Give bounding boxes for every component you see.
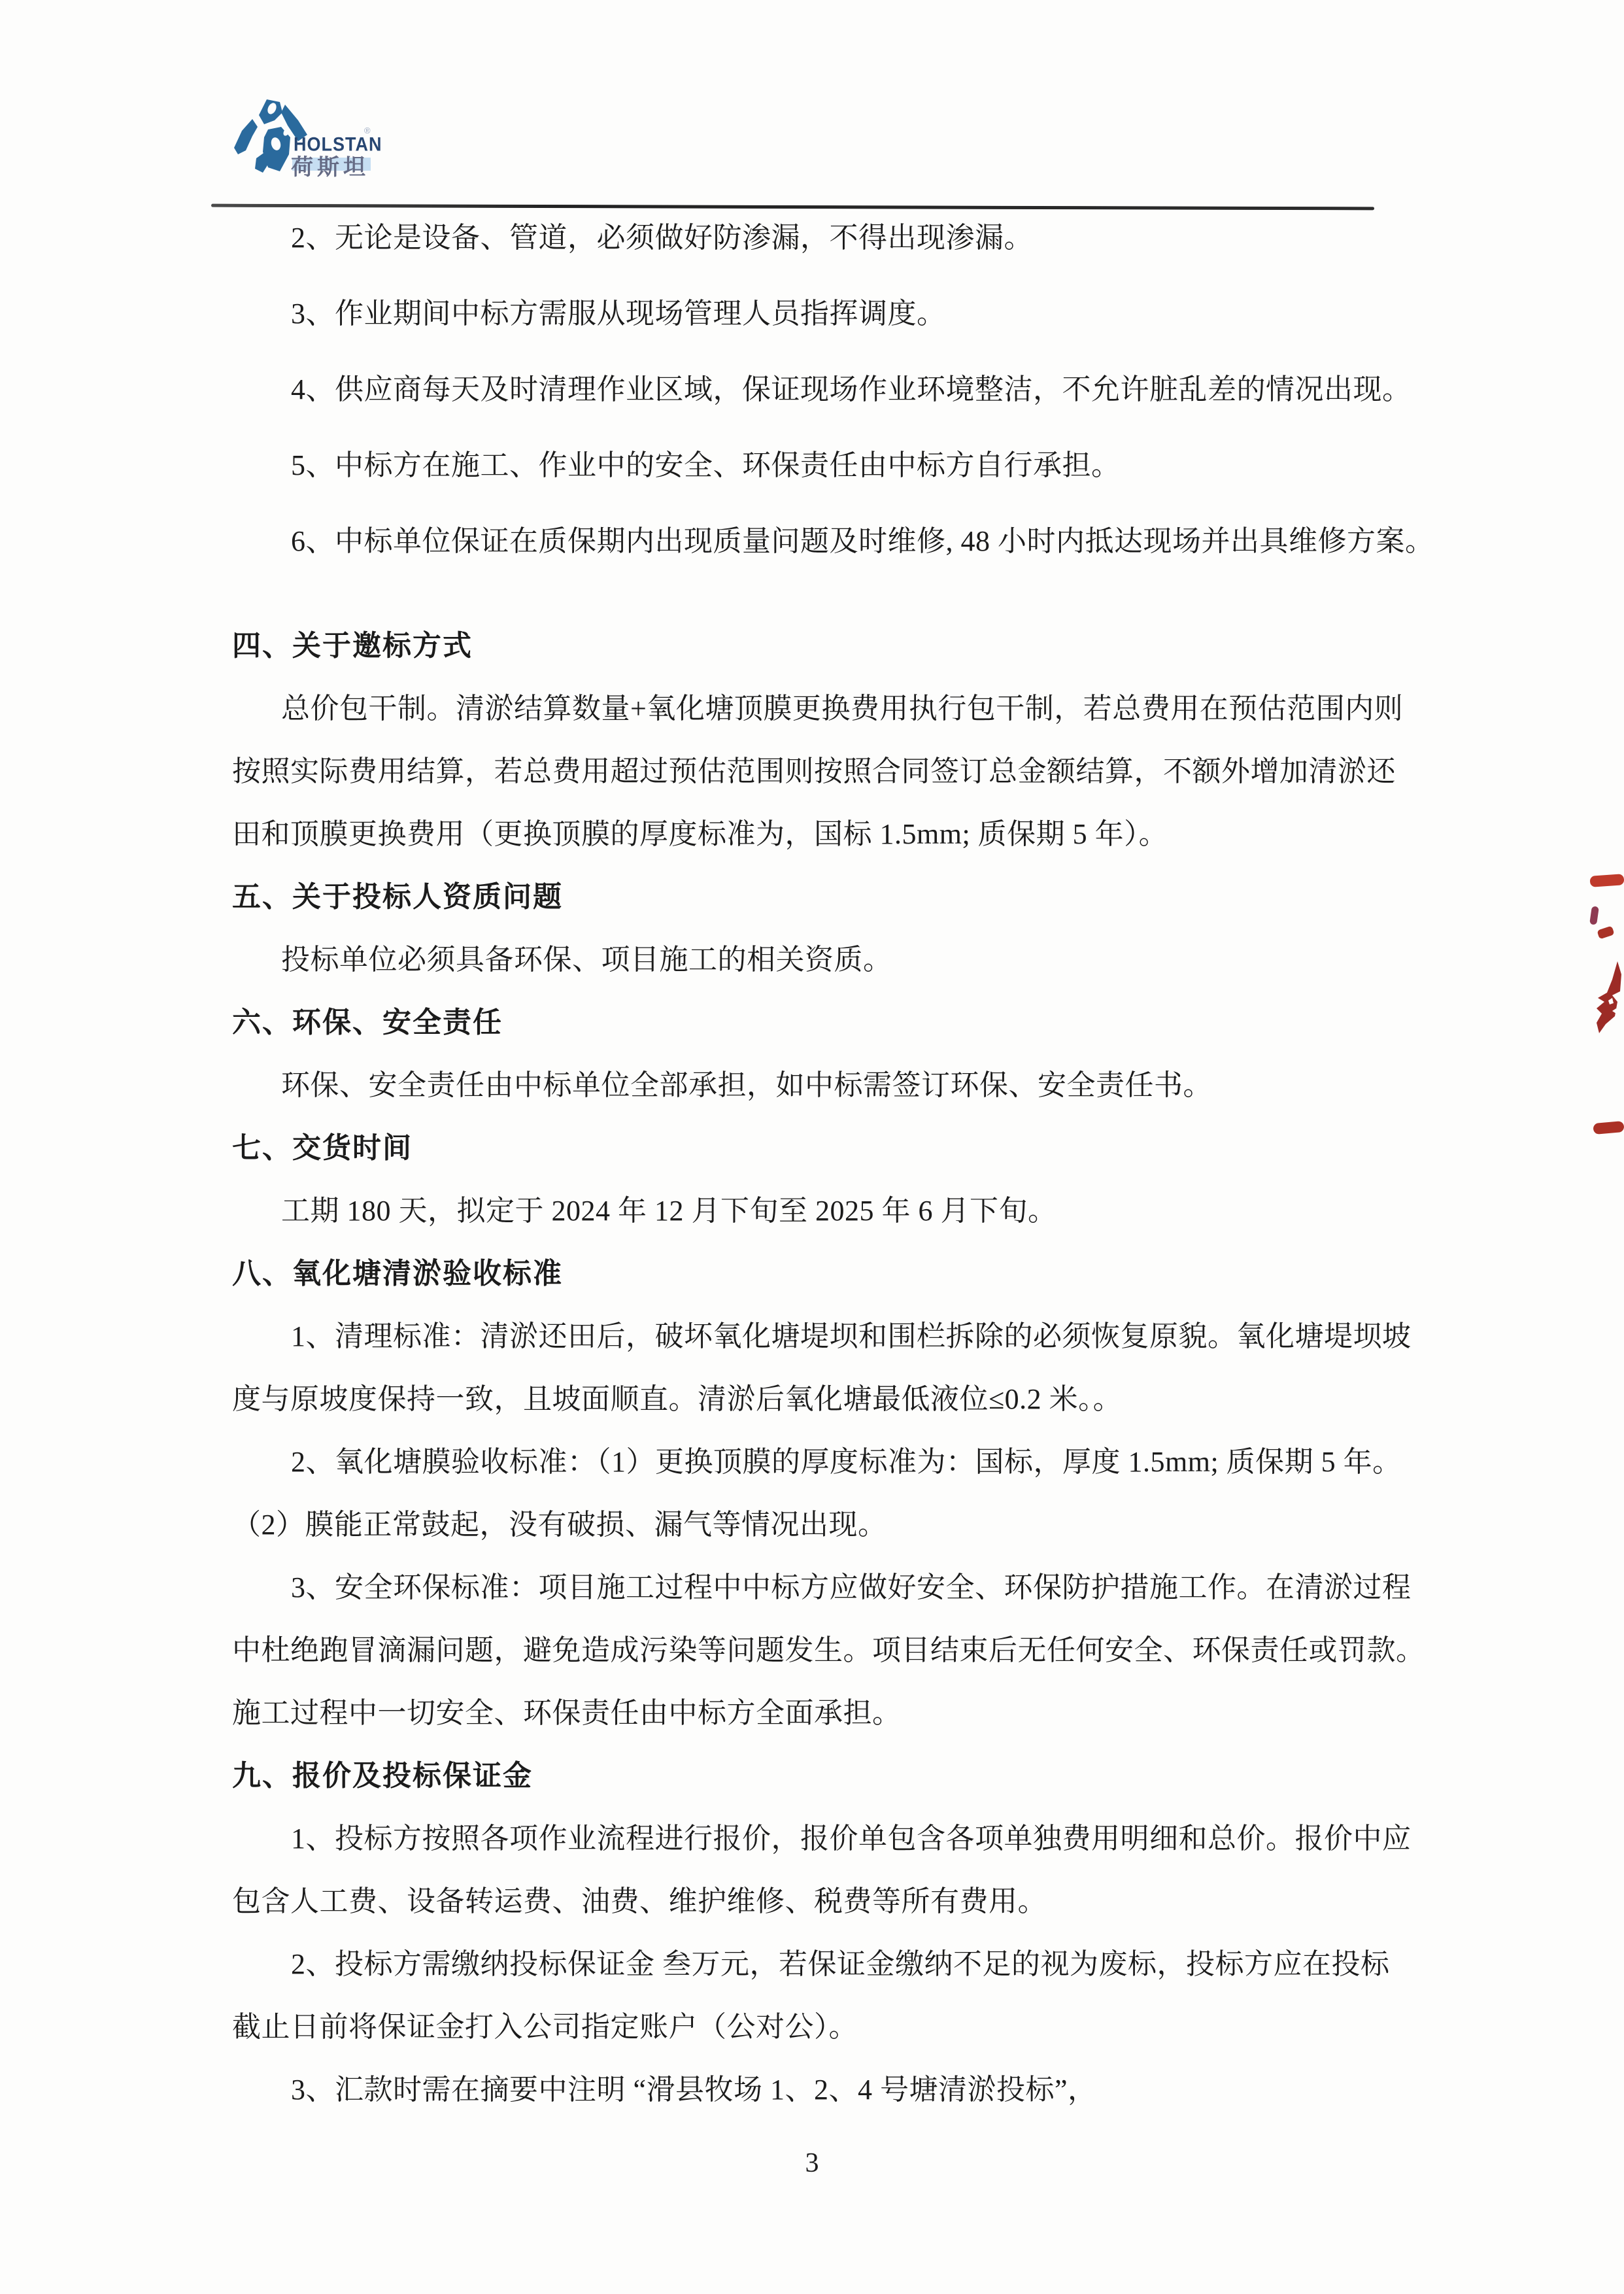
document-line: 2、氧化塘膜验收标准：（1）更换顶膜的厚度标准为：国标，厚度 1.5mm; 质保…: [232, 1446, 1400, 1509]
document-line: 6、中标单位保证在质保期内出现质量问题及时维修, 48 小时内抵达现场并出具维修…: [232, 525, 1400, 601]
section-heading: 五、关于投标人资质问题: [232, 881, 1400, 944]
document-line: 中杜绝跑冒滴漏问题，避免造成污染等问题发生。项目结束后无任何安全、环保责任或罚款…: [232, 1634, 1400, 1697]
section-heading: 四、关于邀标方式: [232, 630, 1400, 693]
section-heading: 七、交货时间: [232, 1132, 1400, 1195]
document-line: 投标单位必须具备环保、项目施工的相关资质。: [232, 944, 1400, 1006]
document-line: 工期 180 天，拟定于 2024 年 12 月下旬至 2025 年 6 月下旬…: [232, 1195, 1400, 1258]
section-heading: 九、报价及投标保证金: [232, 1760, 1400, 1823]
document-line: 3、安全环保标准：项目施工过程中中标方应做好安全、环保防护措施工作。在清淤过程: [232, 1571, 1400, 1634]
document-line: 3、汇款时需在摘要中注明 “滑县牧场 1、2、4 号塘清淤投标”，: [232, 2074, 1400, 2136]
document-line: 2、投标方需缴纳投标保证金 叁万元，若保证金缴纳不足的视为废标，投标方应在投标: [232, 1948, 1400, 2011]
document-line: 5、中标方在施工、作业中的安全、环保责任由中标方自行承担。: [232, 449, 1400, 525]
document-body: 2、无论是设备、管道，必须做好防渗漏，不得出现渗漏。3、作业期间中标方需服从现场…: [232, 222, 1400, 2136]
document-line: 截止日前将保证金打入公司指定账户（公对公）。: [232, 2011, 1400, 2074]
document-line: 按照实际费用结算，若总费用超过预估范围则按照合同签订总金额结算，不额外增加清淤还: [232, 755, 1400, 818]
header-divider-line: [211, 204, 1374, 211]
scanned-document-page: HOLSTAN ® 荷斯坦 2、无论是设备、管道，必须做好防渗漏，不得出现渗漏。…: [0, 0, 1624, 2294]
document-line: 包含人工费、设备转运费、油费、维护维修、税费等所有费用。: [232, 1885, 1400, 1948]
red-stamp-fragment-icon: [1593, 960, 1624, 1045]
document-line: 1、清理标准：清淤还田后，破坏氧化塘堤坝和围栏拆除的必须恢复原貌。氧化塘堤坝坡: [232, 1320, 1400, 1383]
holstan-logo: HOLSTAN ® 荷斯坦: [230, 92, 400, 183]
document-line: 环保、安全责任由中标单位全部承担，如中标需签订环保、安全责任书。: [232, 1069, 1400, 1132]
section-heading: 八、氧化塘清淤验收标准: [232, 1258, 1400, 1320]
document-line: 3、作业期间中标方需服从现场管理人员指挥调度。: [232, 298, 1400, 373]
document-line: 施工过程中一切安全、环保责任由中标方全面承担。: [232, 1697, 1400, 1760]
trademark-icon: ®: [364, 126, 371, 135]
red-stamp-fragment-icon: [1589, 906, 1599, 925]
document-line: 田和顶膜更换费用（更换顶膜的厚度标准为，国标 1.5mm; 质保期 5 年）。: [232, 818, 1400, 881]
document-line: 2、无论是设备、管道，必须做好防渗漏，不得出现渗漏。: [232, 222, 1400, 298]
page-number: 3: [0, 2148, 1624, 2179]
brand-name-chinese: 荷斯坦: [291, 149, 369, 181]
document-line: 1、投标方按照各项作业流程进行报价，报价单包含各项单独费用明细和总价。报价中应: [232, 1823, 1400, 1885]
red-stamp-fragment-icon: [1589, 874, 1624, 887]
section-heading: 六、环保、安全责任: [232, 1006, 1400, 1069]
document-line: 度与原坡度保持一致，且坡面顺直。清淤后氧化塘最低液位≤0.2 米。。: [232, 1383, 1400, 1446]
red-stamp-fragment-icon: [1597, 926, 1614, 940]
document-line: 总价包干制。清淤结算数量+氧化塘顶膜更换费用执行包干制，若总费用在预估范围内则: [232, 693, 1400, 755]
red-stamp-fragment-icon: [1593, 1121, 1624, 1135]
document-line: 4、供应商每天及时清理作业区域，保证现场作业环境整洁，不允许脏乱差的情况出现。: [232, 373, 1400, 449]
document-line: （2）膜能正常鼓起，没有破损、漏气等情况出现。: [232, 1509, 1400, 1571]
